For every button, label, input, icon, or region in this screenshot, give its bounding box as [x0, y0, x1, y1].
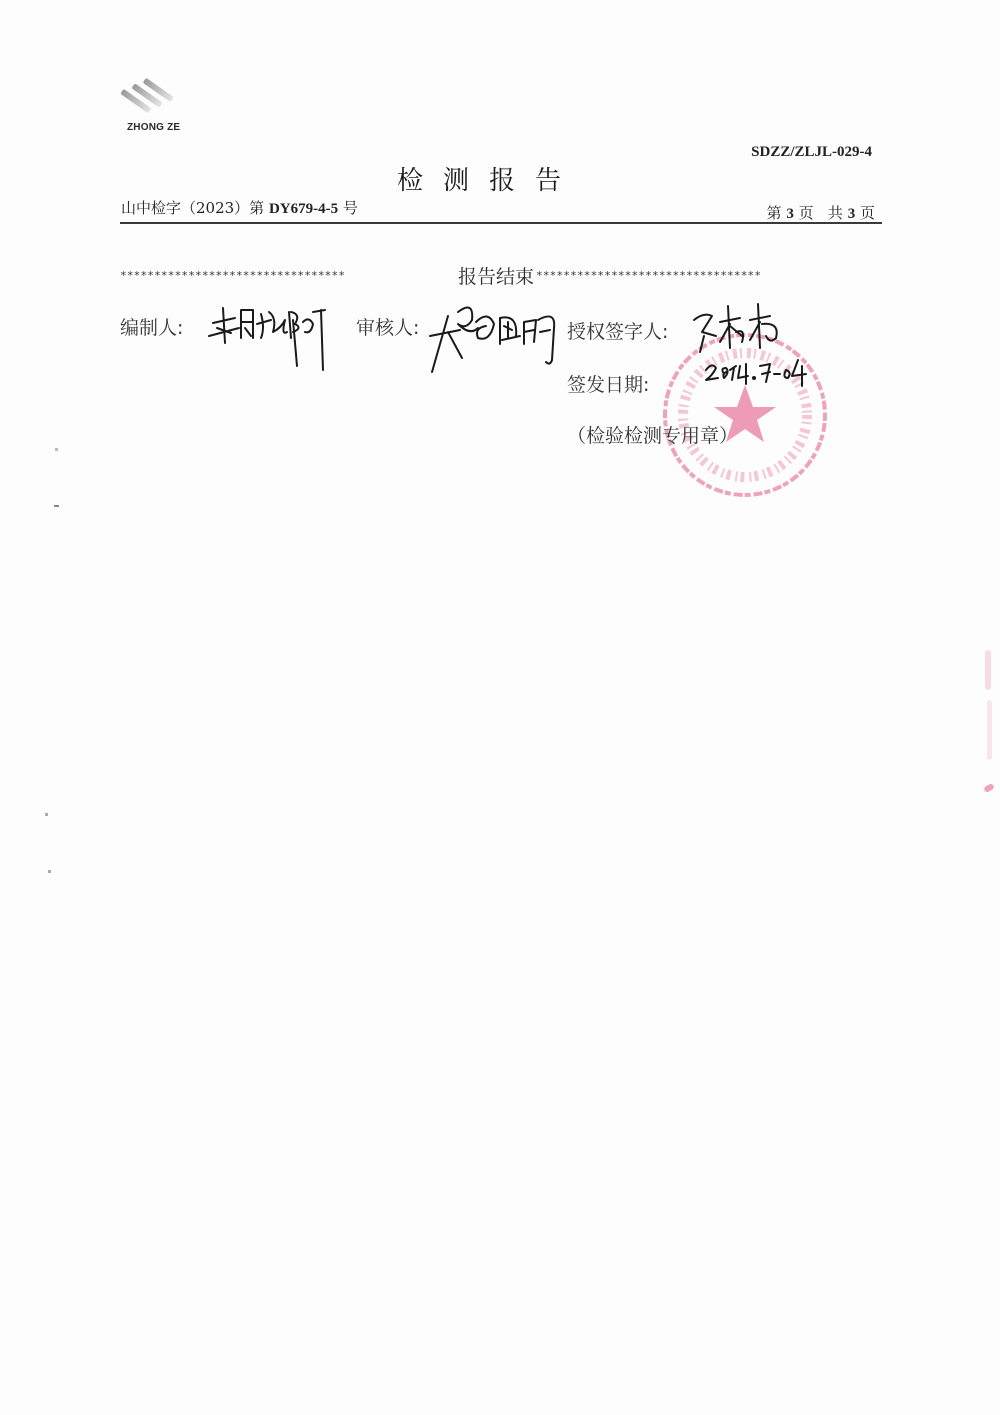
page-label-suffix: 页 — [860, 204, 875, 222]
page-label-mid: 页 共 — [799, 204, 843, 222]
report-number-suffix: 号 — [343, 199, 358, 217]
report-end-marker: ********************************* 报告结束 *… — [120, 262, 882, 289]
page-total: 3 — [848, 206, 856, 222]
header-divider — [120, 222, 882, 224]
page-title: 检测报告 — [397, 160, 581, 197]
page-current: 3 — [786, 206, 794, 222]
three-diagonal-bars-logo-icon — [120, 78, 180, 122]
handwritten-signature-icon — [205, 298, 330, 373]
scan-dot — [45, 813, 48, 816]
company-logo: ZHONG ZE — [120, 78, 190, 140]
scan-dot — [48, 870, 51, 873]
page-label-prefix: 第 — [767, 204, 782, 222]
scan-artifact — [985, 650, 991, 690]
scan-artifact — [983, 783, 995, 793]
report-number-code: DY679-4-5 — [269, 201, 338, 217]
scan-dot — [54, 505, 59, 507]
approver-label: 授权签字人: — [567, 317, 668, 344]
issue-date-label: 签发日期: — [567, 370, 649, 397]
stars-left: ********************************* — [120, 269, 448, 282]
reviewer-label: 审核人: — [356, 313, 419, 340]
document-code: SDZZ/ZLJL-029-4 — [751, 144, 872, 161]
stamp-note: （检验检测专用章） — [567, 421, 738, 448]
handwritten-signature-icon — [428, 296, 568, 376]
logo-text: ZHONG ZE — [127, 122, 180, 133]
compiler-signature — [205, 298, 330, 377]
page-indicator: 第 3 页 共 3 页 — [767, 202, 875, 223]
report-number: 山中检字（2023）第 DY679-4-5 号 — [121, 197, 358, 218]
scan-artifact — [987, 700, 992, 760]
stars-right: ********************************* — [536, 269, 866, 282]
issue-date-handwritten — [702, 352, 812, 396]
reviewer-signature — [428, 296, 568, 380]
report-number-prefix: 山中检字（2023）第 — [121, 199, 264, 217]
report-end-text: 报告结束 — [448, 262, 536, 289]
scan-dot — [55, 448, 58, 451]
compiler-label: 编制人: — [120, 313, 183, 340]
handwritten-date-icon — [702, 352, 812, 392]
